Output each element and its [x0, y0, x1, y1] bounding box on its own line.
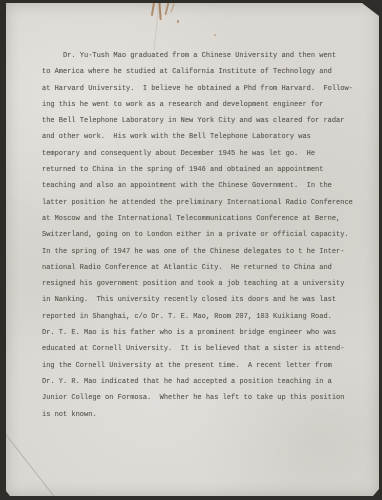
- text-line: Switzerland, going on to London either i…: [42, 227, 372, 243]
- typewritten-text: Dr. Yu-Tush Mao graduated from a Chinese…: [42, 48, 372, 423]
- stain-speck: [177, 20, 179, 23]
- text-line: Dr. Yu-Tush Mao graduated from a Chinese…: [42, 48, 372, 64]
- text-line: at Harvard University. I believe he obta…: [42, 81, 372, 97]
- text-line: temporary and consequently about Decembe…: [42, 146, 372, 162]
- stain-mark: [151, 1, 155, 16]
- text-line: ing the Cornell University at the presen…: [42, 358, 372, 374]
- stain-speck: [214, 34, 216, 36]
- text-line: In the spring of 1947 he was one of the …: [42, 244, 372, 260]
- text-line: the Bell Telephone Laboratory in New Yor…: [42, 113, 372, 129]
- text-line: Junior College on Formosa. Whether he ha…: [42, 390, 372, 406]
- scan-background: Dr. Yu-Tush Mao graduated from a Chinese…: [0, 0, 382, 500]
- text-line: in Nanking. This university recently clo…: [42, 292, 372, 308]
- crease-mark: [153, 3, 159, 51]
- text-line: to America where he studied at Californi…: [42, 64, 372, 80]
- text-line: reported in Shanghai, c/o Dr. T. E. Mao,…: [42, 309, 372, 325]
- stain-mark: [164, 2, 169, 15]
- text-line: educated at Cornell University. It is be…: [42, 341, 372, 357]
- text-line: national Radio Conference at Atlantic Ci…: [42, 260, 372, 276]
- text-line: Dr. Y. R. Mao indicated that he had acce…: [42, 374, 372, 390]
- text-line: and other work. His work with the Bell T…: [42, 129, 372, 145]
- text-line: is not known.: [42, 407, 372, 423]
- text-line: returned to China in the spring of 1946 …: [42, 162, 372, 178]
- stain-mark: [170, 3, 174, 13]
- crease-mark: [0, 411, 62, 500]
- text-line: teaching and also an appointment with th…: [42, 178, 372, 194]
- text-line: at Moscow and the International Telecomm…: [42, 211, 372, 227]
- text-line: Dr. T. E. Mao is his father who is a pro…: [42, 325, 372, 341]
- document-page: Dr. Yu-Tush Mao graduated from a Chinese…: [6, 3, 379, 496]
- text-line: resigned his government position and too…: [42, 276, 372, 292]
- text-line: latter position he attended the prelimin…: [42, 195, 372, 211]
- text-line: ing this he went to work as a research a…: [42, 97, 372, 113]
